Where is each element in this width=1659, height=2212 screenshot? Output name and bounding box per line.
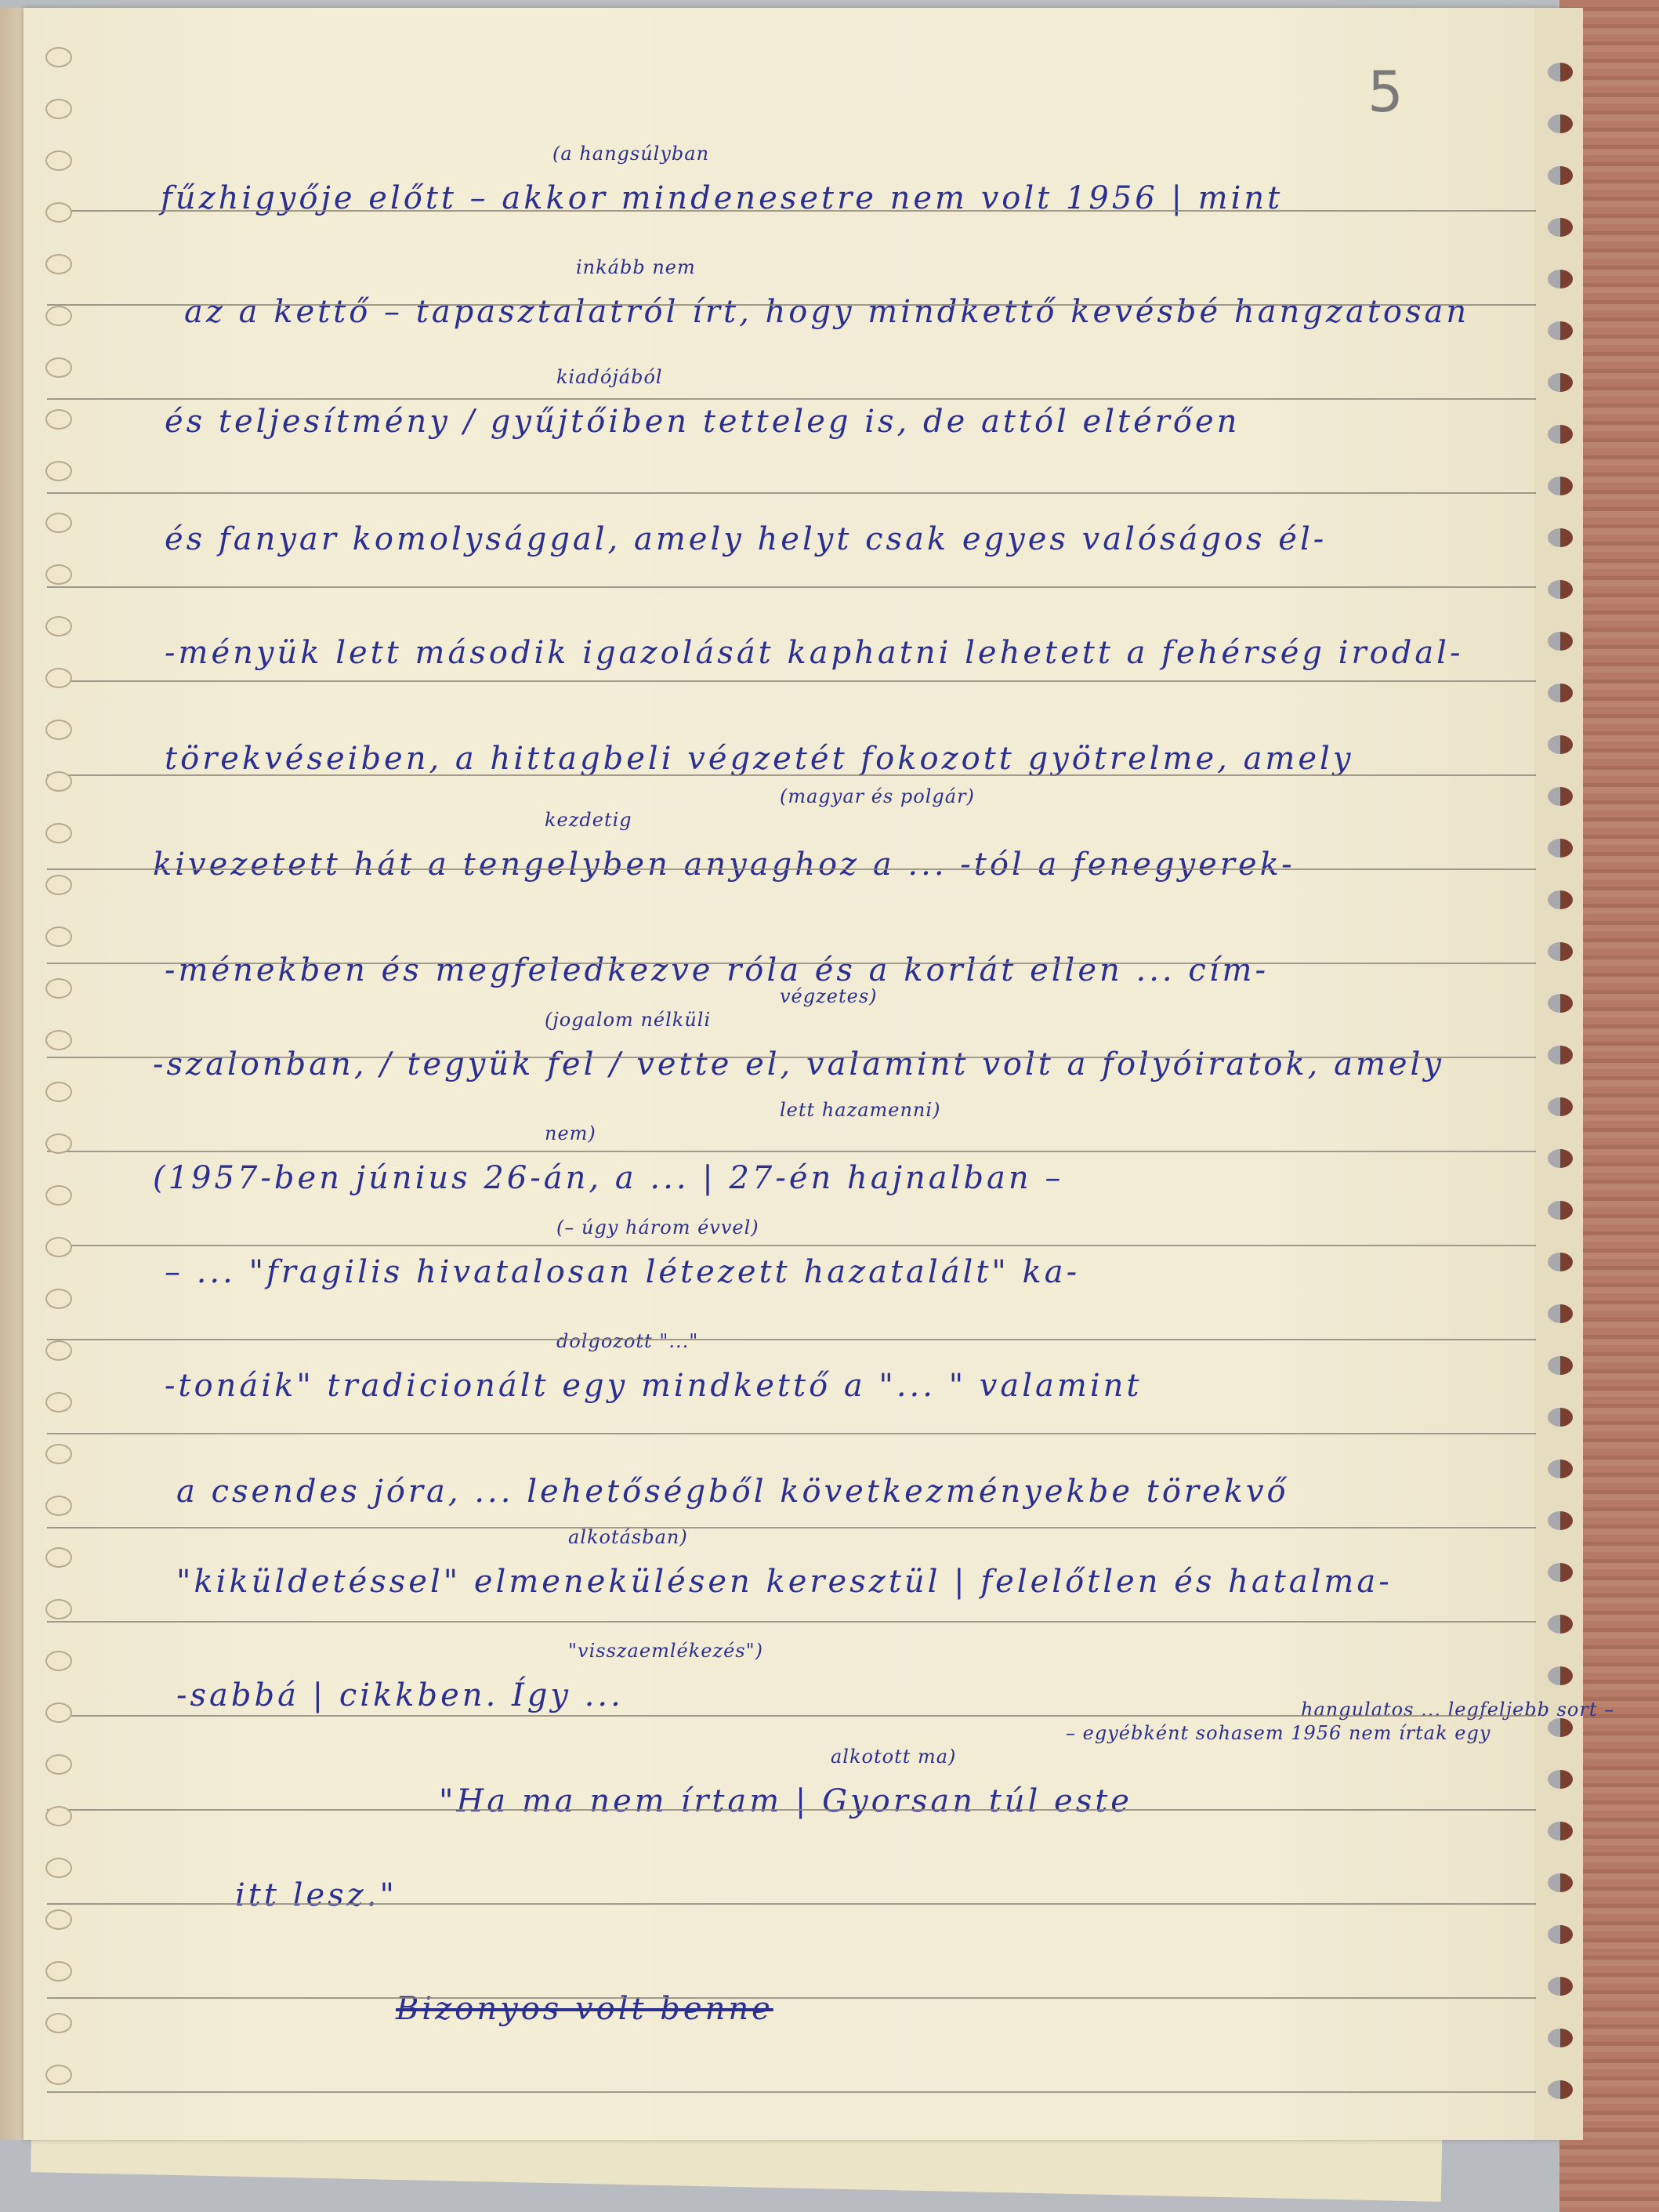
perforation-hole: [1548, 1097, 1573, 1116]
ruled-line: [47, 680, 1536, 682]
perforation-hole: [1548, 1925, 1573, 1944]
ruled-line: [47, 1339, 1536, 1340]
manuscript-line: -tonáik" tradicionált egy mindkettő a ".…: [165, 1368, 1142, 1404]
manuscript-line: (1957-ben június 26-án, a ... | 27-én ha…: [153, 1160, 1063, 1196]
perforation-hole: [1548, 218, 1573, 237]
binding-hole: [45, 1858, 72, 1878]
interlinear-insertion: hangulatos ... legfeljebb sort –: [1301, 1699, 1614, 1721]
binding-hole: [45, 1806, 72, 1826]
binding-hole: [45, 1496, 72, 1516]
binding-hole: [45, 1133, 72, 1154]
perforation-hole: [1548, 1304, 1573, 1323]
manuscript-line: -szalonban, / tegyük fel / vette el, val…: [153, 1046, 1444, 1082]
binding-hole: [45, 254, 72, 274]
manuscript-line: "kiküldetéssel" elmenekülésen keresztül …: [176, 1564, 1393, 1600]
ruled-line: [47, 2091, 1536, 2093]
binding-hole: [45, 357, 72, 378]
manuscript-line: kivezetett hát a tengelyben anyaghoz a .…: [153, 847, 1295, 883]
perforation-hole: [1548, 1460, 1573, 1478]
perforation-hole: [1548, 1615, 1573, 1634]
binding-hole: [45, 2065, 72, 2085]
manuscript-line: és teljesítmény / gyűjtőiben tetteleg is…: [165, 404, 1240, 440]
perforation-hole: [1548, 1356, 1573, 1375]
binding-hole: [45, 1340, 72, 1361]
perforation-hole: [1548, 1408, 1573, 1427]
binding-hole: [45, 1082, 72, 1102]
ruled-line: [47, 774, 1536, 776]
binding-hole: [45, 875, 72, 895]
manuscript-line: "Ha ma nem írtam | Gyorsan túl este: [439, 1783, 1132, 1819]
binding-hole: [45, 1651, 72, 1671]
interlinear-insertion: (a hangsúlyban: [552, 143, 709, 165]
binding-hole: [45, 668, 72, 688]
perforation-hole: [1548, 1253, 1573, 1271]
binding-hole: [45, 1703, 72, 1723]
perforation-hole: [1548, 166, 1573, 185]
binding-hole: [45, 1444, 72, 1464]
ruled-line: [47, 1997, 1536, 1999]
perforation-hole: [1548, 425, 1573, 444]
manuscript-line: és fanyar komolysággal, amely helyt csak…: [165, 521, 1327, 557]
perforation-hole: [1548, 890, 1573, 909]
binding-hole: [45, 1289, 72, 1309]
perforation-hole: [1548, 477, 1573, 495]
ruled-line: [47, 1903, 1536, 1905]
binding-hole: [45, 720, 72, 740]
perforation-hole: [1548, 839, 1573, 858]
binding-hole: [45, 564, 72, 585]
binding-hole: [45, 99, 72, 119]
perforation-hole: [1548, 1511, 1573, 1530]
binding-hole: [45, 2013, 72, 2033]
perforation-hole: [1548, 321, 1573, 340]
ruled-line: [47, 1809, 1536, 1811]
interlinear-insertion: (– úgy három évvel): [556, 1217, 759, 1238]
binding-hole: [45, 927, 72, 947]
ruled-line: [47, 1715, 1536, 1717]
page-number: 5: [1367, 59, 1404, 125]
binding-hole: [45, 306, 72, 326]
ruled-line: [47, 1151, 1536, 1152]
ruled-line: [47, 1527, 1536, 1528]
perforation-hole: [1548, 632, 1573, 651]
interlinear-insertion: kiadójából: [556, 366, 663, 388]
binding-hole: [45, 1961, 72, 1982]
binding-hole: [45, 1754, 72, 1775]
perforation-hole: [1548, 270, 1573, 288]
ruled-line: [47, 963, 1536, 964]
perforation-hole: [1548, 787, 1573, 806]
perforation-hole: [1548, 1718, 1573, 1737]
perforation-hole: [1548, 1873, 1573, 1892]
interlinear-insertion: inkább nem: [576, 256, 696, 278]
ruled-line: [47, 304, 1536, 306]
interlinear-insertion: nem): [545, 1122, 596, 1144]
ruled-line: [47, 492, 1536, 494]
ruled-line: [47, 586, 1536, 588]
manuscript-line: -sabbá | cikkben. Így ...: [176, 1677, 624, 1713]
perforation-hole: [1548, 1977, 1573, 1996]
binding-hole: [45, 1392, 72, 1412]
binding-hole: [45, 461, 72, 481]
binding-hole: [45, 1909, 72, 1930]
perforation-hole: [1548, 994, 1573, 1013]
binding-hole: [45, 823, 72, 843]
binding-hole: [45, 513, 72, 533]
ruled-line: [47, 1621, 1536, 1623]
perforation-hole: [1548, 580, 1573, 599]
ruled-line: [47, 1245, 1536, 1246]
interlinear-insertion: lett hazamenni): [780, 1099, 940, 1121]
binding-hole: [45, 978, 72, 999]
perforation-hole: [1548, 528, 1573, 547]
ruled-line: [47, 1433, 1536, 1434]
perforation-hole: [1548, 1201, 1573, 1220]
binding-hole: [45, 771, 72, 792]
binding-hole: [45, 1185, 72, 1206]
perforation-hole: [1548, 373, 1573, 392]
interlinear-insertion: kezdetig: [545, 809, 632, 831]
perforation-hole: [1548, 1563, 1573, 1582]
ruled-line: [47, 868, 1536, 870]
interlinear-insertion: alkotásban): [568, 1526, 688, 1548]
binding-hole: [45, 1547, 72, 1568]
perforation-hole: [1548, 63, 1573, 82]
perforation-hole: [1548, 2029, 1573, 2047]
perforation-hole: [1548, 1666, 1573, 1685]
binding-hole: [45, 1030, 72, 1050]
perforation-hole: [1548, 1149, 1573, 1168]
manuscript-line: – ... "fragilis hivatalosan létezett haz…: [165, 1254, 1080, 1290]
binding-hole: [45, 1237, 72, 1257]
manuscript-line: -ménekben és megfeledkezve róla és a kor…: [165, 952, 1269, 988]
interlinear-insertion: "visszaemlékezés"): [568, 1640, 763, 1662]
binding-hole: [45, 616, 72, 636]
manuscript-line: a csendes jóra, ... lehetőségből követke…: [176, 1474, 1289, 1510]
ruled-line: [47, 398, 1536, 400]
binding-hole: [45, 409, 72, 430]
manuscript-line: törekvéseiben, a hittagbeli végzetét fok…: [165, 741, 1353, 777]
binding-hole: [45, 202, 72, 223]
binding-hole: [45, 150, 72, 171]
manuscript-line: az a kettő – tapasztalatról írt, hogy mi…: [184, 294, 1469, 330]
binding-hole: [45, 1599, 72, 1619]
perforation-hole: [1548, 684, 1573, 702]
interlinear-insertion: dolgozott "...": [556, 1330, 698, 1352]
perforation-hole: [1548, 942, 1573, 961]
perforation-hole: [1548, 1770, 1573, 1789]
ruled-line: [47, 1057, 1536, 1058]
interlinear-insertion: (jogalom nélküli: [545, 1009, 711, 1031]
interlinear-insertion: – egyébként sohasem 1956 nem írtak egy: [1066, 1722, 1491, 1744]
interlinear-insertion: végzetes): [780, 985, 878, 1007]
interlinear-insertion: alkotott ma): [831, 1746, 956, 1768]
perforation-hole: [1548, 114, 1573, 133]
perforation-hole: [1548, 1822, 1573, 1840]
manuscript-line: itt lesz.": [235, 1877, 397, 1913]
binding-hole: [45, 47, 72, 67]
ruled-line: [47, 210, 1536, 212]
perforation-hole: [1548, 1046, 1573, 1064]
perforation-hole: [1548, 2080, 1573, 2099]
manuscript-line: -ményük lett második igazolását kaphatni…: [165, 635, 1464, 671]
manuscript-line: Bizonyos volt benne: [396, 1991, 773, 2027]
perforation-hole: [1548, 735, 1573, 754]
interlinear-insertion: (magyar és polgár): [780, 785, 975, 807]
